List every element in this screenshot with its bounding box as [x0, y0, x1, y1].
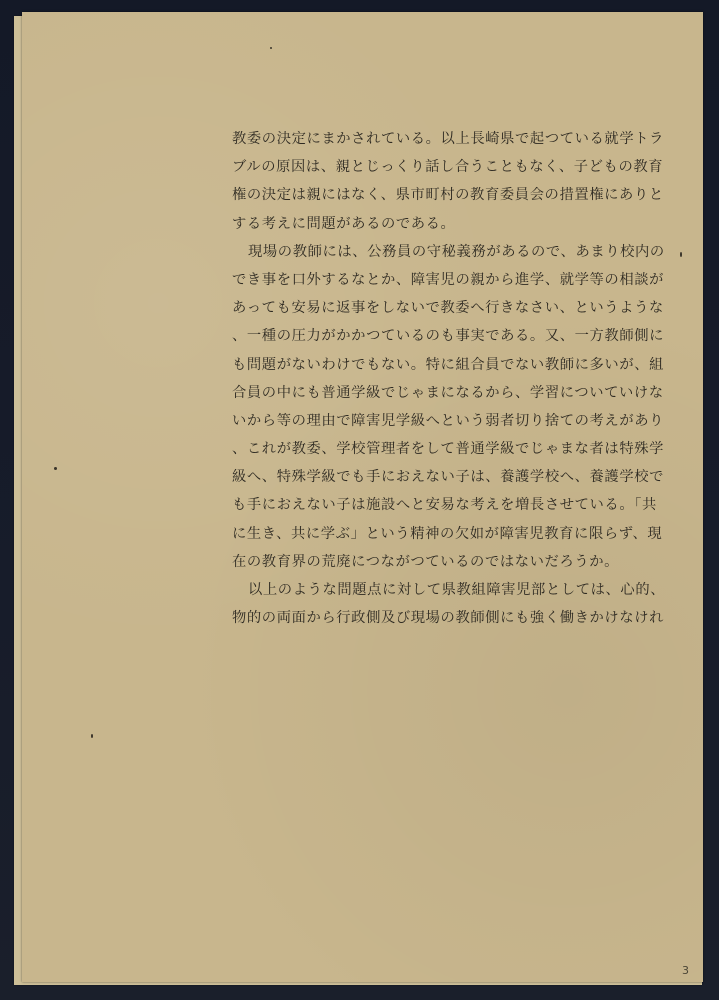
- text-line: 在の教育界の荒廃につながつているのではないだろうか。: [232, 548, 678, 576]
- text-line: 現場の教師には、公務員の守秘義務があるので、あまり校内の: [232, 238, 678, 266]
- text-line: 、これが教委、学校管理者をして普通学級でじゃまな者は特殊学: [232, 435, 678, 463]
- paper-speck: [54, 467, 57, 470]
- paper-speck: [91, 734, 93, 738]
- paragraph-2: 現場の教師には、公務員の守秘義務があるので、あまり校内の でき事を口外するなとか…: [232, 238, 678, 576]
- text-line: でき事を口外するなとか、障害児の親から進学、就学等の相談が: [232, 266, 678, 294]
- text-line: 権の決定は親にはなく、県市町村の教育委員会の措置権にありと: [232, 181, 678, 209]
- text-line: に生き、共に学ぶ」という精神の欠如が障害児教育に限らず、現: [232, 520, 678, 548]
- page-number: 3: [682, 964, 689, 977]
- text-line: する考えに問題があるのである。: [232, 210, 678, 238]
- text-line: 合員の中にも普通学級でじゃまになるから、学習についていけな: [232, 379, 678, 407]
- text-line: 教委の決定にまかされている。以上長崎県で起つている就学トラ: [232, 125, 678, 153]
- paper-speck: [270, 47, 272, 49]
- paragraph-3: 以上のような問題点に対して県教組障害児部としては、心的、 物的の両面から行政側及…: [232, 576, 678, 632]
- text-line: 以上のような問題点に対して県教組障害児部としては、心的、: [232, 576, 678, 604]
- paper-speck: [680, 252, 682, 257]
- text-line: 物的の両面から行政側及び現場の教師側にも強く働きかけなけれ: [232, 604, 678, 632]
- text-line: あっても安易に返事をしないで教委へ行きなさい、というような: [232, 294, 678, 322]
- text-line: も問題がないわけでもない。特に組合員でない教師に多いが、組: [232, 351, 678, 379]
- text-line: いから等の理由で障害児学級へという弱者切り捨ての考えがあり: [232, 407, 678, 435]
- text-line: ブルの原因は、親とじっくり話し合うこともなく、子どもの教育: [232, 153, 678, 181]
- document-page: 教委の決定にまかされている。以上長崎県で起つている就学トラ ブルの原因は、親とじ…: [22, 12, 703, 982]
- text-line: 級へ、特殊学級でも手におえない子は、養護学校へ、養護学校で: [232, 463, 678, 491]
- text-line: も手におえない子は施設へと安易な考えを増長させている。「共: [232, 491, 678, 519]
- text-line: 、一種の圧力がかかつているのも事実である。又、一方教師側に: [232, 322, 678, 350]
- paragraph-1: 教委の決定にまかされている。以上長崎県で起つている就学トラ ブルの原因は、親とじ…: [232, 125, 678, 238]
- body-text: 教委の決定にまかされている。以上長崎県で起つている就学トラ ブルの原因は、親とじ…: [232, 125, 678, 632]
